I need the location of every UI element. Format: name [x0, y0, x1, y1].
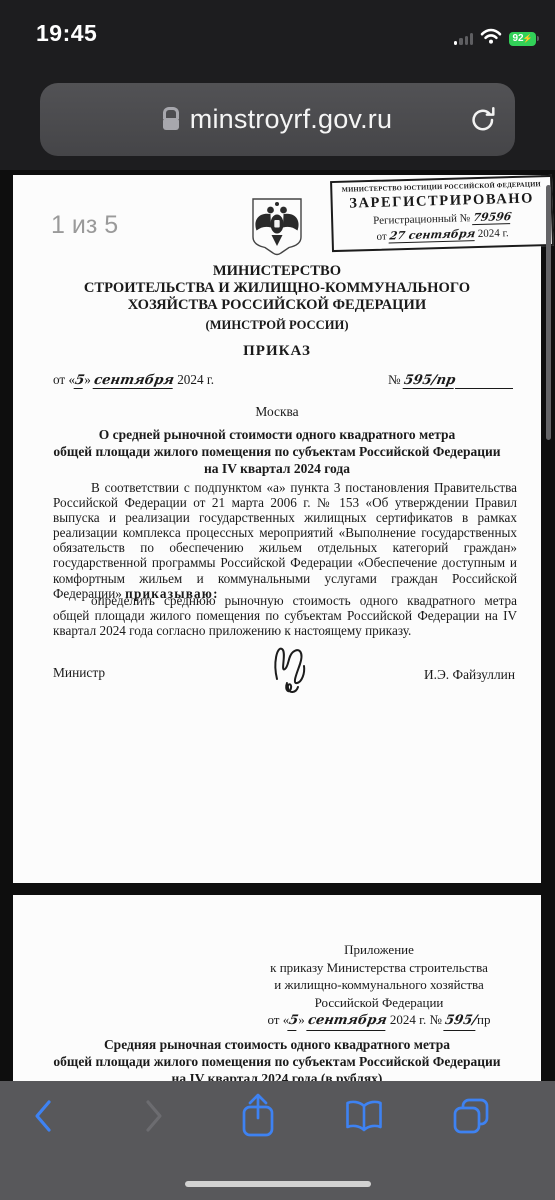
page-indicator: 1 из 5: [51, 211, 118, 240]
city-label: Москва: [13, 404, 541, 420]
ministry-short-name: (МИНСТРОЙ РОССИИ): [13, 318, 541, 333]
stamp-reg-number: 79596: [472, 210, 512, 225]
status-icons: 92⚡: [454, 28, 539, 49]
bookmarks-button[interactable]: [342, 1093, 386, 1139]
cellular-signal-icon: [454, 33, 473, 45]
stamp-date-value: 27 сентября: [388, 227, 476, 243]
minister-label: Министр: [53, 665, 105, 681]
coat-of-arms-icon: [245, 197, 309, 259]
stamp-reg-label: Регистрационный №: [373, 212, 470, 227]
minister-signature: [259, 637, 323, 699]
appendix-header: Приложение к приказу Министерства строит…: [248, 941, 510, 1031]
back-button[interactable]: [22, 1093, 66, 1139]
ministry-header: МИНИСТЕРСТВО СТРОИТЕЛЬСТВА И ЖИЛИЩНО-КОМ…: [13, 263, 541, 314]
order-number: 595/пр: [402, 373, 456, 389]
stamp-date-prefix: от: [376, 231, 387, 243]
order-title: О средней рыночной стоимости одного квад…: [13, 426, 541, 477]
lock-icon: [163, 107, 179, 130]
appendix-month: сентября: [306, 1012, 388, 1031]
bottom-toolbar: [0, 1081, 555, 1200]
reload-button[interactable]: [468, 105, 498, 135]
appendix-date-line: от «5» сентября 2024 г. № 595/пр: [248, 1011, 510, 1031]
order-date-row: от «5» сентября 2024 г. № 595/пр: [53, 372, 517, 389]
appendix-title: Средняя рыночная стоимость одного квадра…: [13, 1036, 541, 1087]
home-indicator[interactable]: [185, 1181, 371, 1187]
pdf-viewport[interactable]: 1 из 5 МИНИСТЕРСТВО ЮСТИЦИИ РОССИЙСКОЙ Ф…: [0, 170, 555, 1200]
stamp-date-suffix: 2024 г.: [478, 227, 509, 240]
clock: 19:45: [36, 20, 97, 47]
registration-stamp: МИНИСТЕРСТВО ЮСТИЦИИ РОССИЙСКОЙ ФЕДЕРАЦИ…: [330, 175, 554, 252]
pdf-page-1: 1 из 5 МИНИСТЕРСТВО ЮСТИЦИИ РОССИЙСКОЙ Ф…: [13, 175, 541, 883]
wifi-icon: [480, 28, 502, 49]
tabs-button[interactable]: [449, 1093, 493, 1139]
url-text: minstroyrf.gov.ru: [190, 104, 392, 135]
scrollbar[interactable]: [546, 185, 551, 440]
order-month: сентября: [93, 373, 176, 389]
share-button[interactable]: [236, 1093, 280, 1139]
address-bar[interactable]: minstroyrf.gov.ru: [40, 83, 515, 156]
minister-name: И.Э. Файзуллин: [424, 667, 515, 683]
order-number-label: №: [388, 372, 401, 387]
forward-button[interactable]: [131, 1093, 175, 1139]
battery-icon: 92⚡: [509, 32, 539, 46]
safari-window: 19:45 92⚡ minstroyrf.gov.ru: [0, 0, 555, 1200]
order-paragraph-2: определить среднюю рыночную стоимость од…: [53, 593, 517, 638]
appendix-number: 595/: [444, 1012, 479, 1031]
charging-bolt-icon: ⚡: [523, 35, 533, 43]
status-bar: 19:45 92⚡: [0, 0, 555, 62]
order-paragraph-1: В соответствии с подпунктом «а» пункта 3…: [53, 480, 517, 601]
document-type: ПРИКАЗ: [13, 343, 541, 360]
